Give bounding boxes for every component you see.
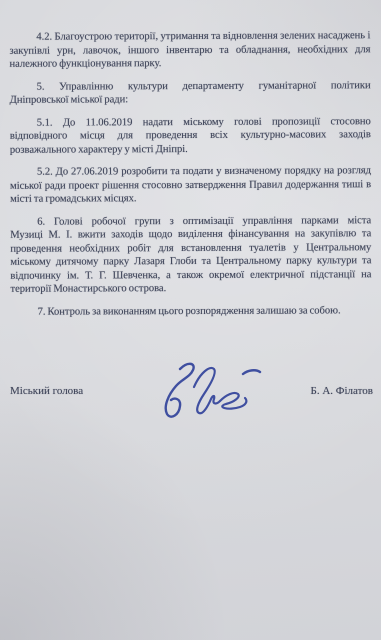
signature-block: Міський голова Б. А. Філатов (0, 363, 381, 443)
document-photo-page: 4.2. Благоустрою території, утримання та… (0, 0, 381, 640)
paragraph-6: 6. Голові робочої групи з оптимізації уп… (10, 214, 371, 297)
signature-dash (243, 370, 260, 374)
document-line: відпочинку ім. Т. Г. Шевченка, а також о… (10, 268, 371, 283)
document-body: 4.2. Благоустрою території, утримання та… (9, 29, 371, 328)
document-line: міському дитячому парку Лазаря Глоби та … (10, 254, 371, 269)
document-line: належного функціонування парку. (9, 56, 370, 71)
document-line: відповідного місця для проведення всіх к… (10, 128, 371, 143)
document-line: території Монастирського острова. (10, 281, 371, 296)
paragraph-7: 7. Контроль за виконанням цього розпоряд… (11, 304, 372, 319)
document-line: розважального характеру у місті Дніпрі. (10, 142, 371, 157)
paragraph-5-1: 5.1. До 11.06.2019 надати міському голов… (10, 115, 371, 157)
document-line: 5.2. До 27.06.2019 розробити та подати у… (10, 164, 371, 179)
document-line: закупівлі урн, лавочок, іншого інвентарю… (9, 43, 370, 58)
document-line: 4.2. Благоустрою території, утримання та… (9, 29, 370, 44)
document-line: 5. Управлінню культури департаменту гума… (10, 79, 371, 94)
document-line: місті та громадських місцях. (10, 191, 371, 206)
document-line: міської ради проект рішення стосовно зат… (10, 178, 371, 193)
paragraph-5: 5. Управлінню культури департаменту гума… (10, 79, 371, 108)
signature-scribble-icon (146, 359, 266, 423)
document-line: 7. Контроль за виконанням цього розпоряд… (11, 304, 372, 319)
signatory-name: Б. А. Філатов (311, 385, 373, 397)
paragraph-4-2: 4.2. Благоустрою території, утримання та… (9, 29, 370, 71)
document-line: Музиці М. І. вжити заходів щодо виділенн… (10, 227, 371, 242)
paragraph-5-2: 5.2. До 27.06.2019 розробити та подати у… (10, 164, 371, 206)
document-line: Дніпровської міської ради: (10, 92, 371, 107)
signatory-title: Міський голова (10, 385, 83, 397)
